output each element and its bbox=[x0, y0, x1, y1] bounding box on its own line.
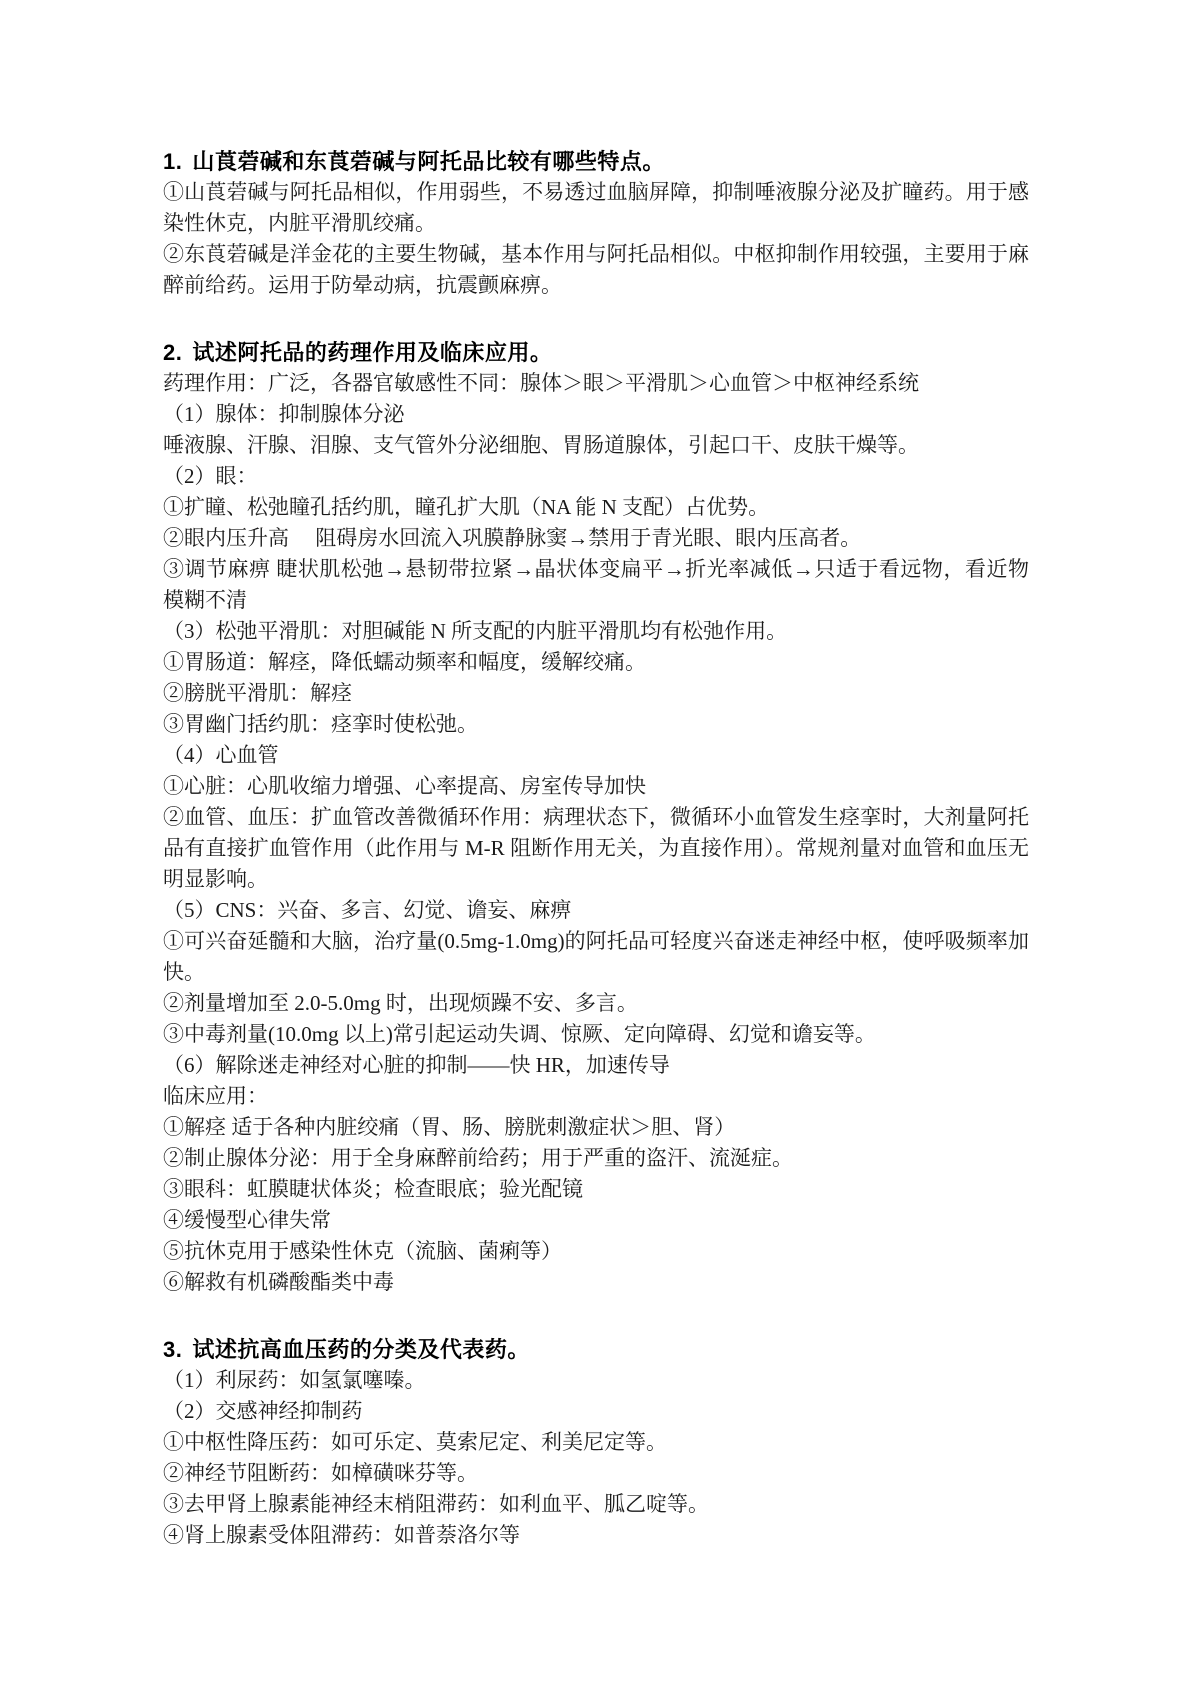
paragraph: （1）腺体：抑制腺体分泌 bbox=[163, 399, 1029, 430]
paragraph: ①心脏：心肌收缩力增强、心率提高、房室传导加快 bbox=[163, 771, 1029, 802]
section-question-1: 1.山莨菪碱和东莨菪碱与阿托品比较有哪些特点。 ①山莨菪碱与阿托品相似，作用弱些… bbox=[163, 146, 1029, 301]
paragraph: 药理作用：广泛，各器官敏感性不同：腺体＞眼＞平滑肌＞心血管＞中枢神经系统 bbox=[163, 368, 1029, 399]
paragraph: ③去甲肾上腺素能神经末梢阻滞药：如利血平、胍乙啶等。 bbox=[163, 1489, 1029, 1520]
section-3-heading: 3.试述抗高血压药的分类及代表药。 bbox=[163, 1334, 1029, 1365]
paragraph: （2）交感神经抑制药 bbox=[163, 1396, 1029, 1427]
paragraph: ②膀胱平滑肌：解痉 bbox=[163, 678, 1029, 709]
paragraph: ③胃幽门括约肌：痉挛时使松弛。 bbox=[163, 709, 1029, 740]
section-2-heading: 2.试述阿托品的药理作用及临床应用。 bbox=[163, 337, 1029, 368]
section-2-title: 试述阿托品的药理作用及临床应用。 bbox=[192, 340, 552, 365]
paragraph: ④缓慢型心律失常 bbox=[163, 1205, 1029, 1236]
paragraph: （5）CNS：兴奋、多言、幻觉、谵妄、麻痹 bbox=[163, 895, 1029, 926]
paragraph: ②东莨菪碱是洋金花的主要生物碱，基本作用与阿托品相似。中枢抑制作用较强，主要用于… bbox=[163, 239, 1029, 301]
paragraph: ②制止腺体分泌：用于全身麻醉前给药；用于严重的盗汗、流涎症。 bbox=[163, 1143, 1029, 1174]
section-question-2: 2.试述阿托品的药理作用及临床应用。 药理作用：广泛，各器官敏感性不同：腺体＞眼… bbox=[163, 337, 1029, 1298]
paragraph: ⑤抗休克用于感染性休克（流脑、菌痢等） bbox=[163, 1236, 1029, 1267]
section-1-number: 1. bbox=[163, 146, 182, 177]
section-question-3: 3.试述抗高血压药的分类及代表药。 （1）利尿药：如氢氯噻嗪。 （2）交感神经抑… bbox=[163, 1334, 1029, 1551]
paragraph: 临床应用： bbox=[163, 1081, 1029, 1112]
section-3-number: 3. bbox=[163, 1334, 182, 1365]
paragraph: （6）解除迷走神经对心脏的抑制——快 HR，加速传导 bbox=[163, 1050, 1029, 1081]
section-1-title: 山莨菪碱和东莨菪碱与阿托品比较有哪些特点。 bbox=[192, 149, 665, 174]
document-page: 1.山莨菪碱和东莨菪碱与阿托品比较有哪些特点。 ①山莨菪碱与阿托品相似，作用弱些… bbox=[0, 0, 1190, 1683]
paragraph: （2）眼： bbox=[163, 461, 1029, 492]
paragraph: （1）利尿药：如氢氯噻嗪。 bbox=[163, 1365, 1029, 1396]
paragraph: （4）心血管 bbox=[163, 740, 1029, 771]
paragraph: ①可兴奋延髓和大脑，治疗量(0.5mg-1.0mg)的阿托品可轻度兴奋迷走神经中… bbox=[163, 926, 1029, 988]
paragraph: ②眼内压升高 阻碍房水回流入巩膜静脉窦→禁用于青光眼、眼内压高者。 bbox=[163, 523, 1029, 554]
paragraph: ③眼科：虹膜睫状体炎；检查眼底；验光配镜 bbox=[163, 1174, 1029, 1205]
section-1-heading: 1.山莨菪碱和东莨菪碱与阿托品比较有哪些特点。 bbox=[163, 146, 1029, 177]
paragraph: ①解痉 适于各种内脏绞痛（胃、肠、膀胱刺激症状＞胆、肾） bbox=[163, 1112, 1029, 1143]
paragraph: ①中枢性降压药：如可乐定、莫索尼定、利美尼定等。 bbox=[163, 1427, 1029, 1458]
paragraph: ③调节麻痹 睫状肌松弛→悬韧带拉紧→晶状体变扁平→折光率减低→只适于看远物，看近… bbox=[163, 554, 1029, 616]
paragraph: （3）松弛平滑肌：对胆碱能 N 所支配的内脏平滑肌均有松弛作用。 bbox=[163, 616, 1029, 647]
paragraph: ②血管、血压：扩血管改善微循环作用：病理状态下，微循环小血管发生痉挛时，大剂量阿… bbox=[163, 802, 1029, 895]
paragraph: ①胃肠道：解痉，降低蠕动频率和幅度，缓解绞痛。 bbox=[163, 647, 1029, 678]
paragraph: ⑥解救有机磷酸酯类中毒 bbox=[163, 1267, 1029, 1298]
paragraph: ②剂量增加至 2.0-5.0mg 时，出现烦躁不安、多言。 bbox=[163, 988, 1029, 1019]
paragraph: ①山莨菪碱与阿托品相似，作用弱些，不易透过血脑屏障，抑制唾液腺分泌及扩瞳药。用于… bbox=[163, 177, 1029, 239]
paragraph: 唾液腺、汗腺、泪腺、支气管外分泌细胞、胃肠道腺体，引起口干、皮肤干燥等。 bbox=[163, 430, 1029, 461]
paragraph: ④肾上腺素受体阻滞药：如普萘洛尔等 bbox=[163, 1520, 1029, 1551]
paragraph: ③中毒剂量(10.0mg 以上)常引起运动失调、惊厥、定向障碍、幻觉和谵妄等。 bbox=[163, 1019, 1029, 1050]
paragraph: ②神经节阻断药：如樟磺咪芬等。 bbox=[163, 1458, 1029, 1489]
section-2-number: 2. bbox=[163, 337, 182, 368]
section-3-title: 试述抗高血压药的分类及代表药。 bbox=[192, 1337, 530, 1362]
paragraph: ①扩瞳、松弛瞳孔括约肌，瞳孔扩大肌（NA 能 N 支配）占优势。 bbox=[163, 492, 1029, 523]
